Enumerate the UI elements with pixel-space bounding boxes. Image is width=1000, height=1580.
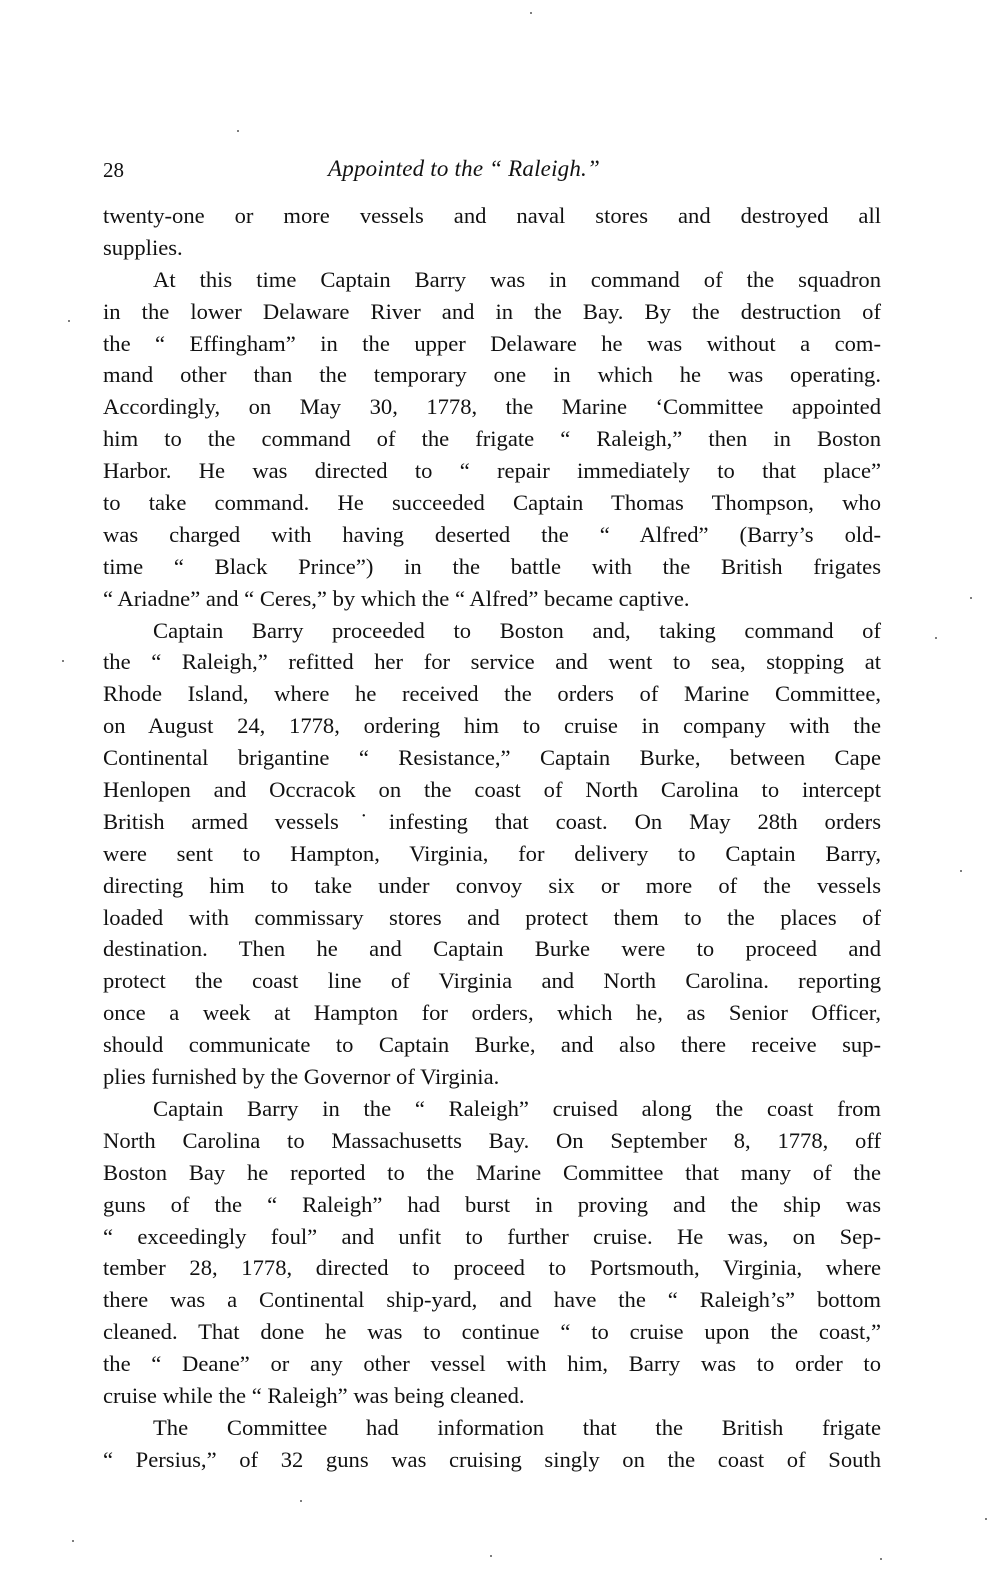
scan-speck <box>68 320 70 322</box>
text-line: were sent to Hampton, Virginia, for deli… <box>103 838 881 870</box>
text-line: cleaned. That done he was to continue “ … <box>103 1316 881 1348</box>
page-number: 28 <box>103 158 124 183</box>
text-line: directing him to take under convoy six o… <box>103 870 881 902</box>
scan-speck <box>62 660 64 662</box>
scan-speck <box>530 12 532 14</box>
text-line: Henlopen and Occracok on the coast of No… <box>103 774 881 806</box>
text-line: to take command. He succeeded Captain Th… <box>103 487 881 519</box>
text-line: the “ Deane” or any other vessel with hi… <box>103 1348 881 1380</box>
scan-speck <box>880 1558 882 1560</box>
text-line: The Committee had information that the B… <box>103 1412 881 1444</box>
paragraph: twenty-one or more vessels and naval sto… <box>103 200 881 264</box>
text-line: Rhode Island, where he received the orde… <box>103 678 881 710</box>
text-line: Harbor. He was directed to “ repair imme… <box>103 455 881 487</box>
scan-speck <box>935 637 937 639</box>
scan-speck <box>300 1500 302 1502</box>
paragraph: At this time Captain Barry was in comman… <box>103 264 881 615</box>
paragraph: Captain Barry in the “ Raleigh” cruised … <box>103 1093 881 1412</box>
text-line: mand other than the temporary one in whi… <box>103 359 881 391</box>
text-line: in the lower Delaware River and in the B… <box>103 296 881 328</box>
paragraph: The Committee had information that the B… <box>103 1412 881 1476</box>
text-line: Captain Barry in the “ Raleigh” cruised … <box>103 1093 881 1125</box>
text-line: on August 24, 1778, ordering him to crui… <box>103 710 881 742</box>
text-line: once a week at Hampton for orders, which… <box>103 997 881 1029</box>
scan-speck <box>490 1555 492 1557</box>
text-line: “ Ariadne” and “ Ceres,” by which the “ … <box>103 583 881 615</box>
book-page: 28 Appointed to the “ Raleigh.” twenty-o… <box>103 150 881 1476</box>
text-line: should communicate to Captain Burke, and… <box>103 1029 881 1061</box>
text-line: the “ Raleigh,” refitted her for service… <box>103 646 881 678</box>
text-line: there was a Continental ship-yard, and h… <box>103 1284 881 1316</box>
text-line: At this time Captain Barry was in comman… <box>103 264 881 296</box>
text-line: Boston Bay he reported to the Marine Com… <box>103 1157 881 1189</box>
text-line: Continental brigantine “ Resistance,” Ca… <box>103 742 881 774</box>
scan-speck <box>237 130 239 132</box>
text-line: guns of the “ Raleigh” had burst in prov… <box>103 1189 881 1221</box>
text-line: “ Persius,” of 32 guns was cruising sing… <box>103 1444 881 1476</box>
text-line: tember 28, 1778, directed to proceed to … <box>103 1252 881 1284</box>
text-line: Captain Barry proceeded to Boston and, t… <box>103 615 881 647</box>
text-line: cruise while the “ Raleigh” was being cl… <box>103 1380 881 1412</box>
scan-speck <box>970 597 972 599</box>
text-line: supplies. <box>103 232 881 264</box>
text-line: Accordingly, on May 30, 1778, the Marine… <box>103 391 881 423</box>
running-title: Appointed to the “ Raleigh.” <box>328 156 600 182</box>
text-line: twenty-one or more vessels and naval sto… <box>103 200 881 232</box>
text-line: plies furnished by the Governor of Virgi… <box>103 1061 881 1093</box>
text-line: “ exceedingly foul” and unfit to further… <box>103 1221 881 1253</box>
text-line: him to the command of the frigate “ Rale… <box>103 423 881 455</box>
text-line: the “ Effingham” in the upper Delaware h… <box>103 328 881 360</box>
scan-speck <box>960 870 962 872</box>
text-line: North Carolina to Massachusetts Bay. On … <box>103 1125 881 1157</box>
text-line: time “ Black Prince”) in the battle with… <box>103 551 881 583</box>
body-text: twenty-one or more vessels and naval sto… <box>103 200 881 1476</box>
text-line: destination. Then he and Captain Burke w… <box>103 933 881 965</box>
text-line: British armed vessels˙infesting that coa… <box>103 806 881 838</box>
text-line: protect the coast line of Virginia and N… <box>103 965 881 997</box>
scan-speck <box>72 1540 74 1542</box>
scan-speck <box>985 1518 987 1520</box>
running-head: 28 Appointed to the “ Raleigh.” <box>103 150 881 186</box>
text-line: loaded with commissary stores and protec… <box>103 902 881 934</box>
paragraph: Captain Barry proceeded to Boston and, t… <box>103 615 881 1093</box>
text-line: was charged with having deserted the “ A… <box>103 519 881 551</box>
